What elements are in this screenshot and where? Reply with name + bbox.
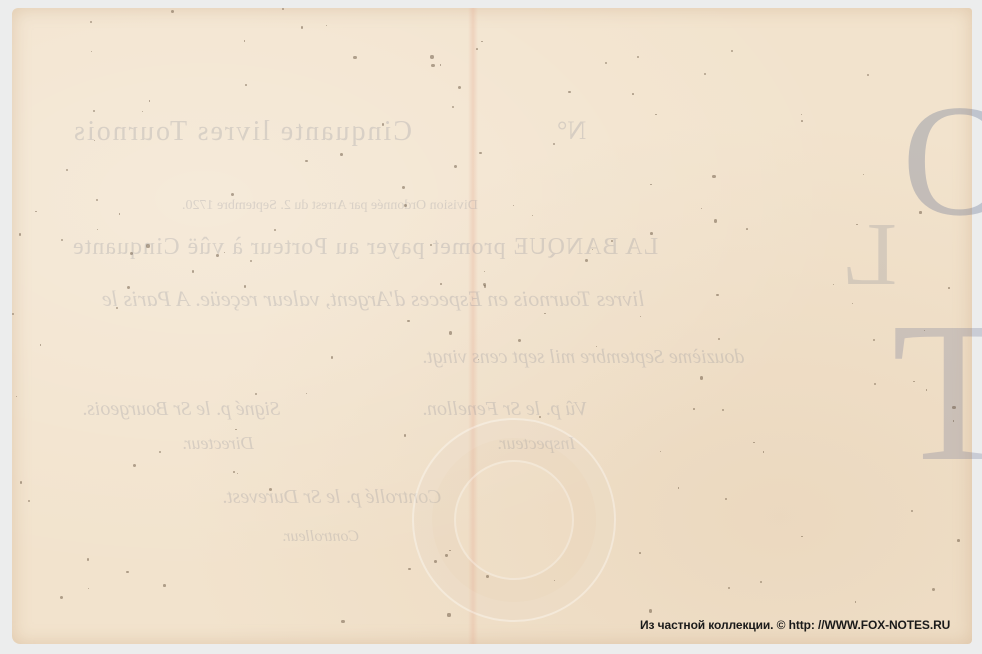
speck bbox=[28, 500, 30, 502]
speck bbox=[274, 229, 276, 231]
speck bbox=[712, 175, 715, 178]
speck bbox=[126, 571, 129, 574]
speck bbox=[163, 584, 166, 587]
speck bbox=[725, 498, 727, 500]
ghost-signed-by: Signé p. le Sr Bourgeois. bbox=[82, 398, 280, 421]
speck bbox=[282, 8, 284, 10]
speck bbox=[440, 64, 441, 65]
speck bbox=[159, 451, 162, 454]
speck bbox=[544, 313, 545, 314]
speck bbox=[611, 240, 613, 242]
speck bbox=[554, 580, 555, 581]
speck bbox=[553, 143, 555, 145]
speck bbox=[640, 316, 641, 317]
speck bbox=[863, 174, 864, 175]
speck bbox=[119, 213, 120, 214]
speck bbox=[231, 193, 234, 196]
speck bbox=[40, 344, 42, 346]
speck bbox=[801, 120, 803, 122]
speck bbox=[855, 601, 857, 603]
speck bbox=[235, 429, 236, 430]
speck bbox=[340, 153, 343, 156]
speck bbox=[568, 91, 571, 94]
speck bbox=[833, 284, 834, 285]
ghost-line-1: LA BANQUE promet payer au Porteur à vûë … bbox=[72, 234, 658, 261]
speck bbox=[19, 233, 21, 235]
speck bbox=[93, 110, 95, 112]
speck bbox=[753, 442, 755, 444]
ghost-controlled-by: Controllé p. le Sr Durevest. bbox=[222, 486, 442, 509]
speck bbox=[532, 215, 533, 216]
speck bbox=[66, 169, 68, 171]
speck bbox=[874, 383, 876, 385]
speck bbox=[458, 86, 461, 89]
speck bbox=[88, 588, 90, 590]
speck bbox=[924, 330, 925, 331]
speck bbox=[932, 588, 935, 591]
speck bbox=[650, 184, 651, 185]
speck bbox=[142, 111, 143, 112]
speck bbox=[382, 123, 385, 126]
speck bbox=[605, 62, 607, 64]
speck bbox=[911, 510, 913, 512]
stamp-letter-t: T bbox=[892, 278, 982, 507]
speck bbox=[16, 396, 17, 397]
speck bbox=[484, 271, 486, 273]
speck bbox=[957, 539, 960, 542]
speck bbox=[919, 211, 921, 213]
speck bbox=[701, 208, 702, 209]
speck bbox=[454, 165, 457, 168]
speck bbox=[431, 64, 434, 67]
speck bbox=[408, 568, 410, 570]
speck bbox=[35, 211, 37, 213]
speck bbox=[146, 244, 149, 247]
speck bbox=[585, 259, 588, 262]
speck bbox=[331, 356, 333, 358]
speck bbox=[486, 575, 489, 578]
speck bbox=[440, 283, 442, 285]
speck bbox=[655, 114, 657, 116]
speck bbox=[718, 338, 720, 340]
ghost-title: Cinquante livres Tournois bbox=[72, 116, 412, 148]
collection-caption: Из частной коллекции. © http: //WWW.FOX-… bbox=[640, 618, 950, 632]
speck bbox=[518, 339, 521, 342]
speck bbox=[649, 609, 652, 612]
speck bbox=[133, 464, 136, 467]
speck bbox=[341, 620, 344, 623]
speck bbox=[245, 84, 247, 86]
stamp-letter-o: O bbox=[902, 68, 982, 253]
ghost-line-3: douzième Septembre mil sept cens vingt. bbox=[422, 346, 745, 369]
speck bbox=[632, 93, 634, 95]
speck bbox=[255, 393, 257, 395]
speck bbox=[87, 558, 89, 560]
speck bbox=[731, 50, 733, 52]
speck bbox=[479, 152, 482, 155]
embossed-seal bbox=[412, 418, 616, 622]
speck bbox=[637, 56, 639, 58]
speck bbox=[12, 313, 14, 315]
speck bbox=[650, 232, 653, 235]
speck bbox=[746, 228, 748, 230]
speck bbox=[306, 393, 307, 394]
speck bbox=[237, 473, 238, 474]
speck bbox=[326, 25, 327, 26]
speck bbox=[305, 160, 307, 162]
speck bbox=[948, 287, 950, 289]
speck bbox=[404, 434, 407, 437]
speck bbox=[20, 481, 22, 483]
speck bbox=[244, 285, 246, 287]
speck bbox=[192, 270, 194, 272]
speck bbox=[445, 554, 447, 556]
speck bbox=[481, 41, 483, 43]
ghost-initial: L bbox=[842, 203, 897, 306]
speck bbox=[856, 224, 858, 226]
speck bbox=[722, 409, 724, 411]
speck bbox=[660, 451, 661, 452]
speck bbox=[407, 320, 410, 323]
ghost-division: Division Ordonnée par Arrest du 2. Septe… bbox=[182, 198, 478, 214]
speck bbox=[716, 294, 718, 296]
speck bbox=[952, 406, 955, 409]
speck bbox=[430, 55, 433, 58]
speck bbox=[60, 596, 63, 599]
speck bbox=[244, 40, 246, 42]
speck bbox=[728, 587, 730, 589]
speck bbox=[402, 186, 405, 189]
speck bbox=[96, 199, 98, 201]
speck bbox=[476, 48, 478, 50]
speck bbox=[434, 560, 437, 563]
speck bbox=[592, 249, 593, 250]
speck bbox=[700, 376, 703, 379]
ghost-number-label: N° bbox=[557, 116, 586, 146]
speck bbox=[233, 471, 235, 473]
speck bbox=[873, 339, 875, 341]
speck bbox=[301, 26, 304, 29]
speck bbox=[449, 331, 452, 334]
ghost-controlled-by-role: Controlleur. bbox=[282, 528, 359, 546]
speck bbox=[449, 550, 450, 551]
speck bbox=[61, 239, 63, 241]
speck bbox=[714, 219, 717, 222]
speck bbox=[801, 114, 802, 115]
ghost-signed-by-role: Directeur. bbox=[182, 433, 254, 454]
speck bbox=[404, 204, 407, 207]
speck bbox=[678, 487, 679, 488]
speck bbox=[97, 229, 98, 230]
speck bbox=[353, 56, 356, 59]
speck bbox=[763, 451, 765, 453]
speck bbox=[447, 613, 450, 616]
speck bbox=[693, 408, 695, 410]
banknote-sheet: Cinquante livres Tournois N° Division Or… bbox=[12, 8, 972, 644]
speck bbox=[149, 100, 151, 102]
speck bbox=[269, 488, 272, 491]
ghost-line-2: livres Tournois en Especes d'Argent, val… bbox=[102, 286, 645, 312]
speck bbox=[639, 552, 641, 554]
speck bbox=[171, 10, 174, 13]
speck bbox=[513, 205, 514, 206]
speck bbox=[867, 74, 869, 76]
speck bbox=[90, 21, 92, 23]
speck bbox=[704, 73, 706, 75]
speck bbox=[801, 536, 802, 537]
speck bbox=[760, 581, 762, 583]
speck bbox=[452, 106, 454, 108]
speck bbox=[91, 51, 92, 52]
